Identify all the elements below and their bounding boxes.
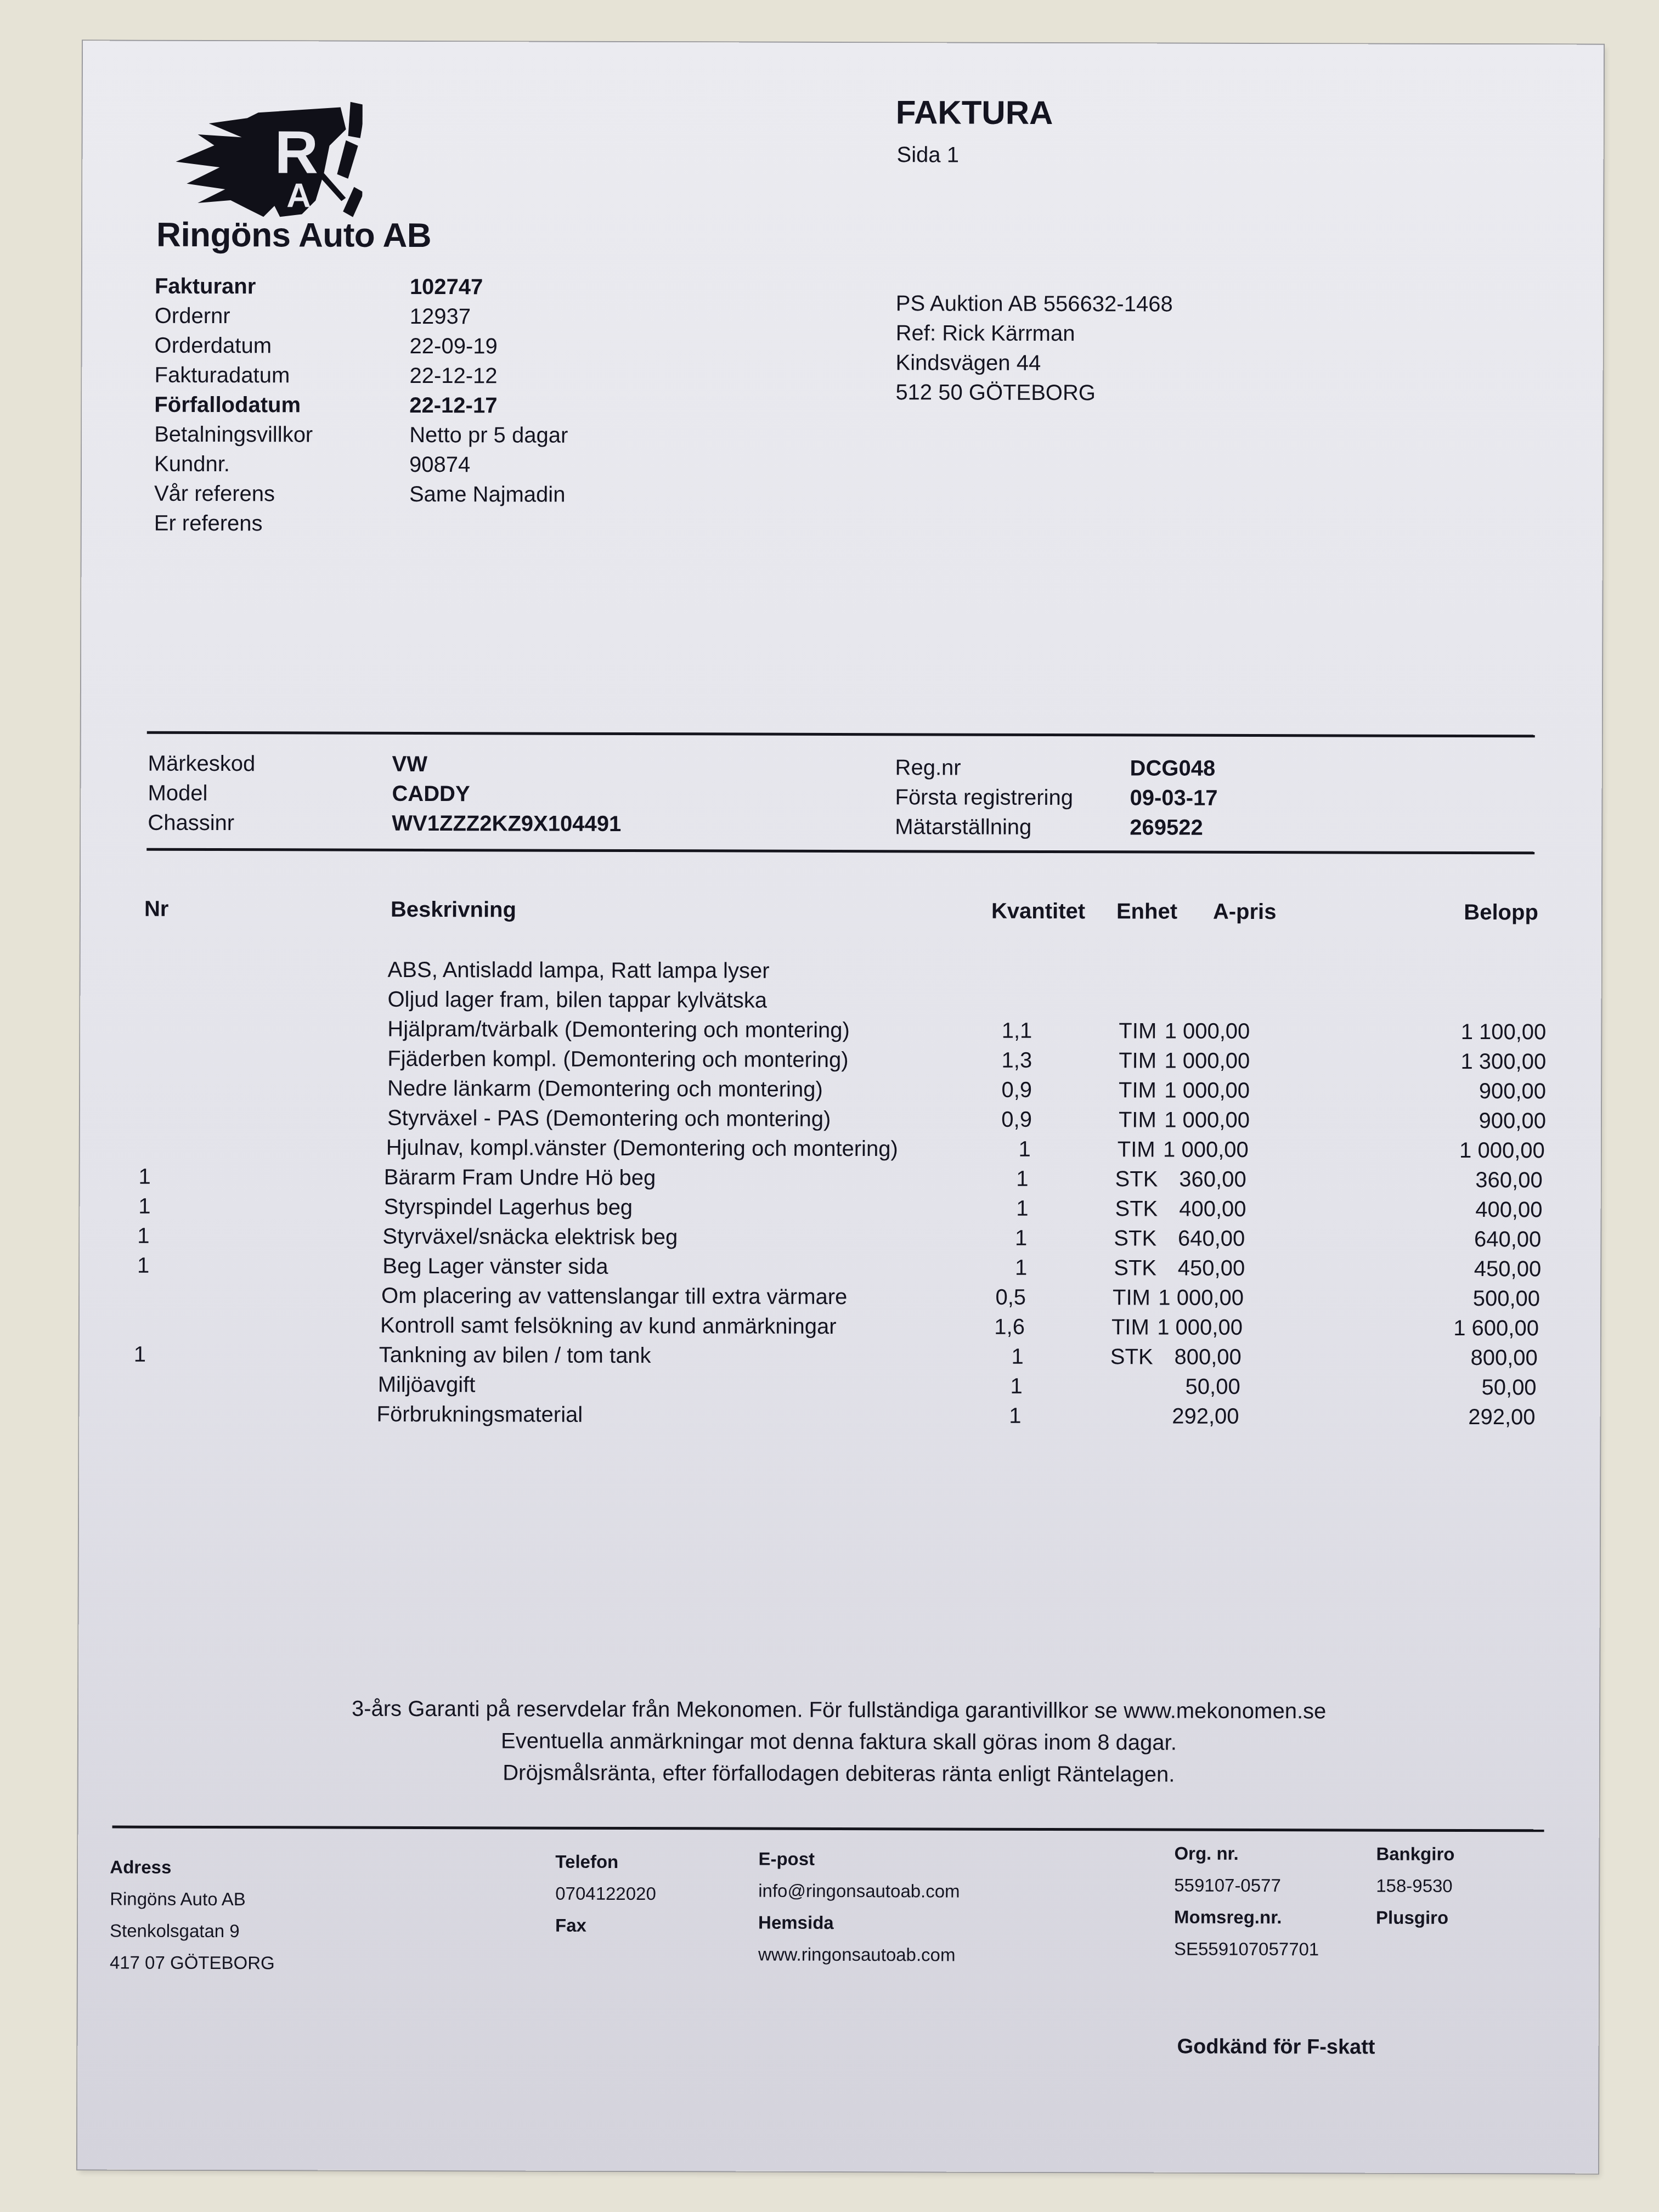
cell-unit: TIM — [1119, 1019, 1156, 1043]
cell-quantity: 1,3 — [1002, 1048, 1032, 1073]
table-row: Miljöavgift150,0050,00 — [71, 1372, 1592, 1405]
cell-amount: 292,00 — [1468, 1405, 1535, 1430]
items-table: Nr Beskrivning Kvantitet Enhet A-pris Be… — [81, 896, 1601, 939]
cell-amount: 640,00 — [1474, 1227, 1541, 1252]
info-value: 22-12-17 — [409, 391, 497, 420]
footer-bank: Bankgiro 158-9530 Plusgiro — [1376, 1838, 1454, 1934]
footer-phone: Telefon 0704122020 Fax — [555, 1846, 656, 1942]
cell-unit: STK — [1115, 1167, 1158, 1192]
vehicle-value: 269522 — [1130, 812, 1203, 842]
info-value: 12937 — [410, 302, 471, 331]
footer-label: Hemsida — [758, 1907, 960, 1939]
info-row: Vår referensSame Najmadin — [154, 479, 568, 510]
notice-line: Eventuella anmärkningar mot denna faktur… — [78, 1724, 1599, 1759]
footer-label: Adress — [110, 1852, 275, 1884]
cell-description: Styrväxel/snäcka elektrisk beg — [382, 1224, 678, 1250]
cell-amount: 1 000,00 — [1459, 1138, 1545, 1163]
info-label: Kundnr. — [154, 449, 409, 479]
vehicle-label: Märkeskod — [148, 749, 392, 779]
cell-amount: 450,00 — [1474, 1257, 1541, 1282]
footer-website-value: www.ringonsautoab.com — [758, 1939, 960, 1971]
cell-amount: 50,00 — [1481, 1375, 1536, 1400]
logo-letter-a: A — [286, 177, 311, 215]
recipient-line: Kindsvägen 44 — [895, 348, 1172, 378]
cell-unit: STK — [1115, 1197, 1158, 1221]
header-description: Beskrivning — [391, 898, 516, 923]
info-value: Same Najmadin — [409, 479, 566, 510]
divider — [112, 1826, 1544, 1832]
table-row: Nedre länkarm (Demontering och montering… — [80, 1075, 1601, 1109]
cell-unit: TIM — [1118, 1137, 1155, 1162]
cell-unit-price: 640,00 — [1178, 1227, 1245, 1251]
recipient-address: PS Auktion AB 556632-1468 Ref: Rick Kärr… — [895, 289, 1172, 408]
cell-nr: 1 — [132, 1224, 154, 1249]
table-row: Hjulnav, kompl.vänster (Demontering och … — [79, 1135, 1600, 1168]
table-row: Hjälpram/tvärbalk (Demontering och monte… — [80, 1016, 1601, 1049]
info-label: Vår referens — [154, 479, 409, 509]
cell-nr: 1 — [134, 1165, 156, 1189]
cell-amount: 1 600,00 — [1453, 1316, 1539, 1341]
cell-unit: TIM — [1119, 1108, 1156, 1132]
notice-line: Dröjsmålsränta, efter förfallodagen debi… — [78, 1756, 1599, 1791]
table-row: Fjäderben kompl. (Demontering och monter… — [80, 1046, 1601, 1079]
cell-unit-price: 400,00 — [1179, 1197, 1246, 1222]
divider — [146, 848, 1534, 855]
cell-description: Styrväxel - PAS (Demontering och monteri… — [387, 1106, 831, 1132]
cell-nr: 1 — [133, 1194, 155, 1219]
info-row: Ordernr12937 — [155, 301, 568, 332]
footer-label: Fax — [555, 1910, 656, 1942]
footer-org: Org. nr. 559107-0577 Momsreg.nr. SE55910… — [1174, 1838, 1319, 1966]
header-unit: Enhet — [1116, 899, 1177, 924]
info-value: 22-12-12 — [409, 361, 497, 391]
flame-ra-logo-icon: R A — [165, 91, 363, 223]
info-label: Fakturanr — [155, 272, 410, 302]
cell-amount: 800,00 — [1470, 1346, 1537, 1370]
cell-description: Hjulnav, kompl.vänster (Demontering och … — [386, 1136, 898, 1161]
cell-unit-price: 1 000,00 — [1158, 1286, 1244, 1311]
table-row: Styrväxel - PAS (Demontering och monteri… — [80, 1105, 1601, 1138]
cell-unit: TIM — [1111, 1315, 1149, 1340]
vehicle-value: 09-03-17 — [1130, 783, 1217, 812]
info-value: 102747 — [410, 272, 483, 302]
cell-unit-price: 800,00 — [1174, 1345, 1241, 1370]
info-row: Fakturadatum22-12-12 — [154, 360, 568, 391]
cell-quantity: 0,9 — [1001, 1108, 1032, 1132]
footer-label: E-post — [758, 1843, 960, 1876]
company-name: Ringöns Auto AB — [156, 216, 431, 255]
footer-email: E-post info@ringonsautoab.com Hemsida ww… — [758, 1843, 960, 1971]
footer-label: Plusgiro — [1376, 1902, 1454, 1934]
cell-amount: 500,00 — [1473, 1286, 1540, 1311]
cell-amount: 400,00 — [1475, 1198, 1542, 1222]
info-label: Orderdatum — [155, 331, 410, 361]
footer-value: Stenkolsgatan 9 — [110, 1915, 275, 1948]
items-header: Nr Beskrivning Kvantitet Enhet A-pris Be… — [81, 896, 1601, 939]
info-label: Förfallodatum — [154, 390, 409, 420]
invoice-paper: R A Ringöns Auto AB FAKTURA Sida 1 Faktu… — [77, 41, 1604, 2173]
cell-unit-price: 292,00 — [1172, 1404, 1239, 1429]
cell-quantity: 1 — [1009, 1404, 1021, 1429]
cell-unit-price: 1 000,00 — [1165, 1019, 1250, 1044]
cell-unit-price: 1 000,00 — [1164, 1049, 1250, 1074]
cell-description: ABS, Antisladd lampa, Ratt lampa lyser — [388, 958, 770, 984]
footer-value: 559107-0577 — [1174, 1870, 1319, 1902]
table-row: 1Styrväxel/snäcka elektrisk beg1STK640,0… — [75, 1223, 1596, 1257]
cell-nr: 1 — [132, 1254, 154, 1278]
cell-description: Förbrukningsmaterial — [376, 1402, 583, 1427]
cell-description: Tankning av bilen / tom tank — [379, 1343, 651, 1368]
cell-quantity: 1 — [1015, 1226, 1027, 1251]
info-label: Betalningsvillkor — [154, 420, 409, 450]
table-row: Kontroll samt felsökning av kund anmärkn… — [73, 1312, 1594, 1346]
page-number: Sida 1 — [896, 143, 959, 167]
vehicle-label: Mätarställning — [895, 812, 1130, 842]
invoice-info: Fakturanr102747Ordernr12937Orderdatum22-… — [154, 272, 568, 539]
vehicle-label: Reg.nr — [895, 753, 1130, 783]
cell-description: Fjäderben kompl. (Demontering och monter… — [387, 1047, 849, 1073]
footer-label: Org. nr. — [1174, 1838, 1319, 1870]
cell-quantity: 1 — [1010, 1374, 1022, 1399]
header-amount: Belopp — [1464, 900, 1538, 925]
footer-value: SE559107057701 — [1174, 1933, 1319, 1966]
cell-amount: 1 100,00 — [1461, 1020, 1547, 1045]
recipient-line: Ref: Rick Kärrman — [896, 318, 1173, 348]
cell-unit-price: 1 000,00 — [1164, 1079, 1250, 1103]
document-title: FAKTURA — [896, 93, 1053, 132]
vehicle-value: VW — [392, 749, 428, 779]
table-row: Oljud lager fram, bilen tappar kylvätska — [80, 986, 1601, 1020]
info-label: Fakturadatum — [154, 360, 409, 391]
cell-quantity: 1 — [1016, 1167, 1028, 1192]
recipient-line: 512 50 GÖTEBORG — [895, 377, 1172, 408]
recipient-line: PS Auktion AB 556632-1468 — [896, 289, 1173, 319]
cell-quantity: 0,5 — [995, 1285, 1026, 1310]
info-label: Er referens — [154, 509, 409, 539]
info-row: Förfallodatum22-12-17 — [154, 390, 568, 421]
cell-quantity: 1,1 — [1002, 1019, 1032, 1043]
cell-unit-price: 360,00 — [1179, 1167, 1246, 1192]
vehicle-info-right: Reg.nrDCG048 Första registrering09-03-17… — [895, 753, 1218, 843]
info-row: Orderdatum22-09-19 — [155, 331, 568, 362]
vehicle-value: DCG048 — [1130, 753, 1216, 783]
cell-amount: 900,00 — [1479, 1079, 1546, 1104]
cell-unit-price: 1 000,00 — [1163, 1138, 1249, 1163]
cell-amount: 1 300,00 — [1460, 1049, 1546, 1074]
info-value: Netto pr 5 dagar — [409, 420, 568, 450]
footer-label: Telefon — [555, 1846, 656, 1878]
cell-unit-price: 50,00 — [1185, 1375, 1240, 1400]
info-value: 90874 — [409, 450, 470, 479]
footer-email-value: info@ringonsautoab.com — [758, 1875, 960, 1908]
table-row: Förbrukningsmaterial1292,00292,00 — [69, 1401, 1590, 1435]
footer-label: Bankgiro — [1376, 1838, 1454, 1870]
info-value: 22-09-19 — [410, 331, 498, 361]
cell-description: Miljöavgift — [378, 1373, 476, 1397]
cell-quantity: 1,6 — [994, 1315, 1025, 1340]
terms-notice: 3-års Garanti på reservdelar från Mekono… — [78, 1692, 1599, 1791]
cell-quantity: 1 — [1016, 1197, 1028, 1221]
footer-value: 0704122020 — [555, 1878, 656, 1910]
footer-value: 417 07 GÖTEBORG — [110, 1947, 275, 1979]
cell-nr: 1 — [129, 1342, 151, 1367]
cell-unit: TIM — [1119, 1048, 1156, 1073]
cell-amount: 360,00 — [1475, 1168, 1542, 1193]
cell-quantity: 1 — [1015, 1256, 1027, 1280]
vehicle-label: Första registrering — [895, 782, 1130, 812]
cell-unit-price: 450,00 — [1178, 1256, 1245, 1281]
cell-description: Oljud lager fram, bilen tappar kylvätska — [387, 988, 767, 1013]
notice-line: 3-års Garanti på reservdelar från Mekono… — [78, 1692, 1599, 1728]
info-label: Ordernr — [155, 301, 410, 331]
cell-quantity: 1 — [1012, 1345, 1024, 1369]
cell-amount: 900,00 — [1479, 1109, 1546, 1133]
cell-unit: TIM — [1113, 1285, 1150, 1310]
cell-description: Om placering av vattenslangar till extra… — [381, 1284, 847, 1310]
cell-description: Styrspindel Lagerhus beg — [383, 1195, 633, 1220]
cell-unit-price: 1 000,00 — [1157, 1316, 1243, 1340]
info-row: BetalningsvillkorNetto pr 5 dagar — [154, 420, 568, 450]
vehicle-value: WV1ZZZ2KZ9X104491 — [392, 809, 621, 839]
cell-description: Beg Lager vänster sida — [382, 1254, 608, 1279]
footer-label: Momsreg.nr. — [1174, 1901, 1319, 1934]
footer-address: Adress Ringöns Auto AB Stenkolsgatan 9 4… — [110, 1852, 275, 1979]
header-nr: Nr — [144, 897, 169, 922]
logo-letter-r: R — [274, 119, 318, 186]
table-row: Om placering av vattenslangar till extra… — [74, 1283, 1595, 1316]
cell-unit: TIM — [1119, 1078, 1156, 1103]
cell-unit: STK — [1114, 1256, 1156, 1280]
info-row: Kundnr.90874 — [154, 449, 568, 480]
cell-unit-price: 1 000,00 — [1164, 1108, 1250, 1133]
item-rows: ABS, Antisladd lampa, Ratt lampa lyserOl… — [79, 957, 1601, 1435]
vehicle-value: CADDY — [392, 779, 470, 809]
table-row: 1Styrspindel Lagerhus beg1STK400,00400,0… — [76, 1194, 1597, 1227]
footer-value: 158-9530 — [1376, 1870, 1454, 1902]
table-row: 1Bärarm Fram Undre Hö beg1STK360,00360,0… — [77, 1164, 1598, 1198]
info-row: Fakturanr102747 — [155, 272, 568, 302]
table-row: 1Tankning av bilen / tom tank1STK800,008… — [72, 1342, 1593, 1375]
cell-unit: STK — [1110, 1345, 1153, 1369]
cell-description: Nedre länkarm (Demontering och montering… — [387, 1076, 823, 1102]
header-quantity: Kvantitet — [991, 899, 1085, 924]
divider — [147, 731, 1535, 738]
cell-quantity: 0,9 — [1001, 1078, 1032, 1103]
cell-description: Kontroll samt felsökning av kund anmärkn… — [380, 1313, 837, 1339]
cell-description: Bärarm Fram Undre Hö beg — [384, 1165, 656, 1190]
vehicle-label: Chassinr — [148, 808, 392, 838]
cell-description: Hjälpram/tvärbalk (Demontering och monte… — [387, 1017, 850, 1043]
vehicle-info-left: MärkeskodVW ModelCADDY ChassinrWV1ZZZ2KZ… — [148, 749, 621, 839]
header-unit-price: A-pris — [1213, 900, 1277, 924]
info-row: Er referens — [154, 509, 568, 539]
footer-value: Ringöns Auto AB — [110, 1883, 275, 1916]
table-row: ABS, Antisladd lampa, Ratt lampa lyser — [81, 957, 1601, 990]
f-skatt-approval: Godkänd för F-skatt — [1177, 2035, 1375, 2059]
table-row: 1Beg Lager vänster sida1STK450,00450,00 — [75, 1253, 1596, 1286]
cell-unit: STK — [1114, 1226, 1156, 1251]
cell-quantity: 1 — [1018, 1137, 1030, 1162]
vehicle-label: Model — [148, 778, 392, 809]
